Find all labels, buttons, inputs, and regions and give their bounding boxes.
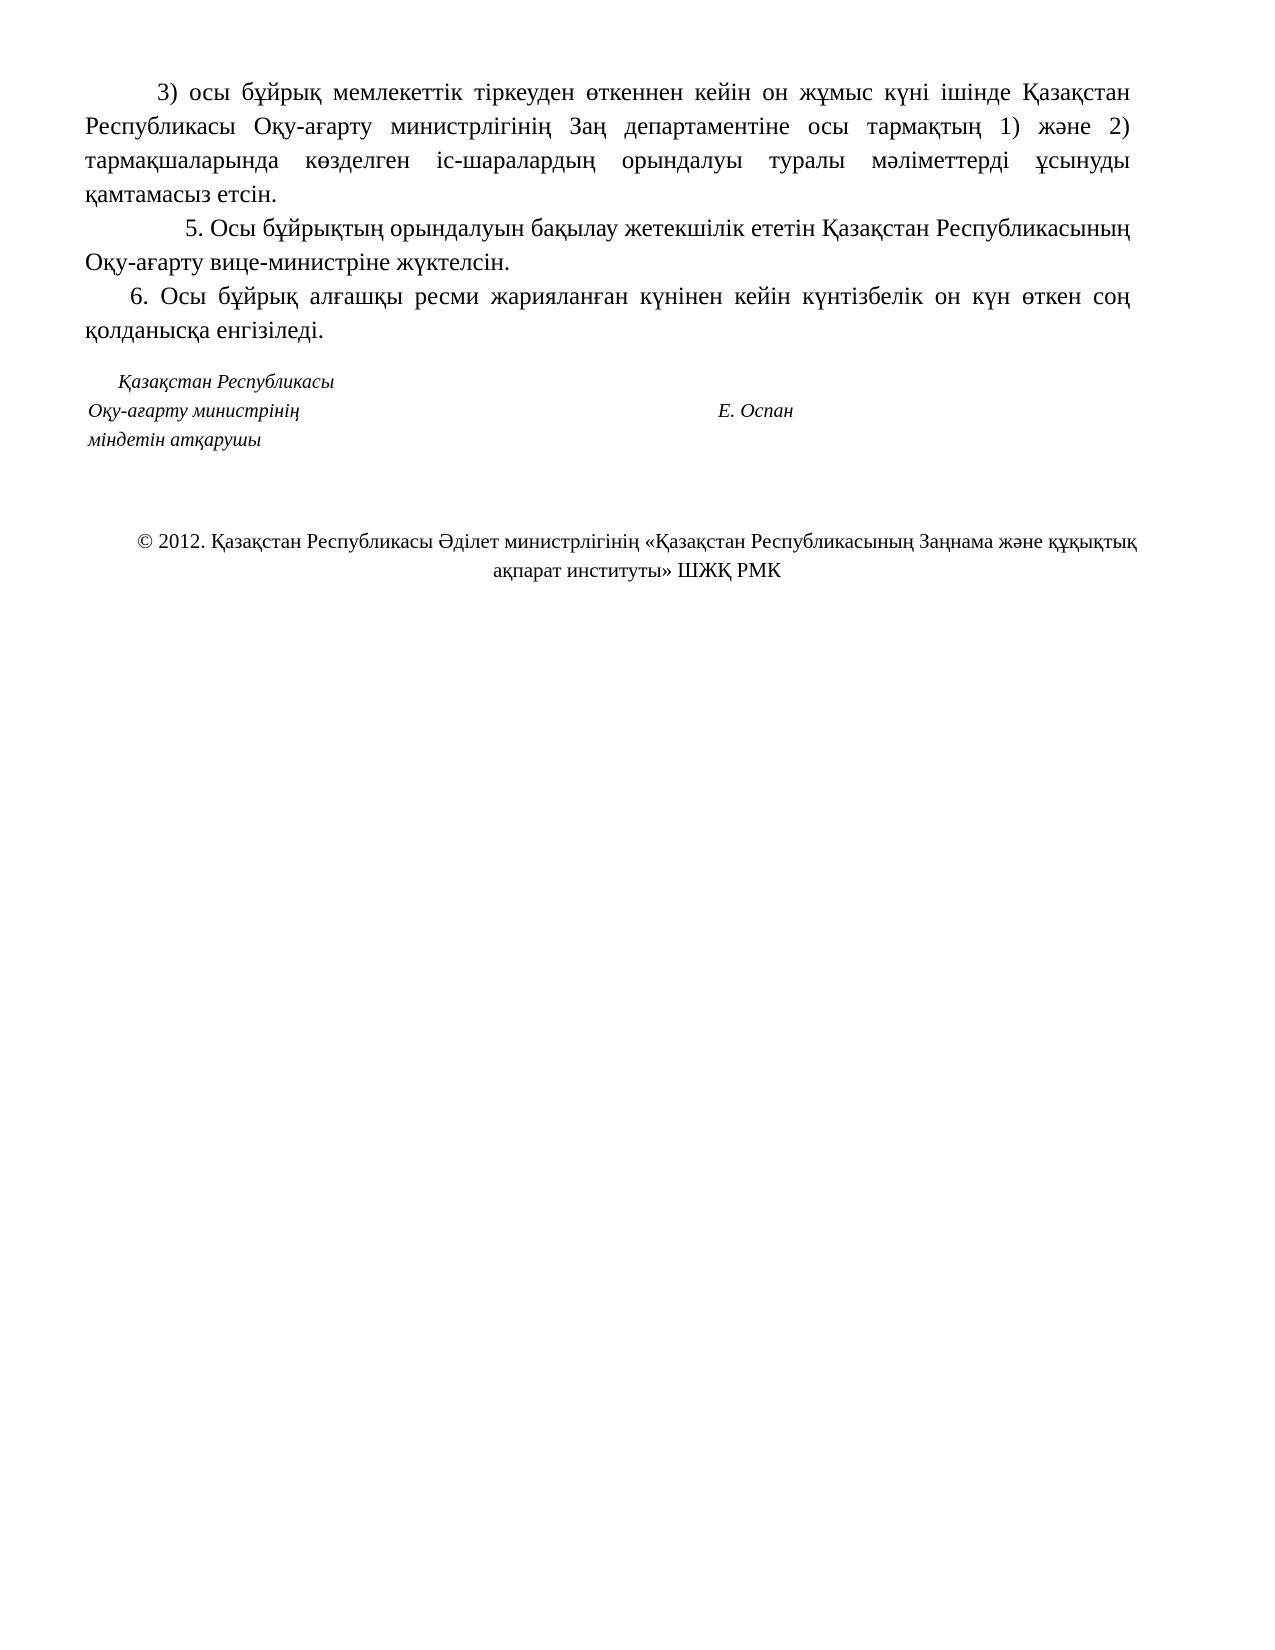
copyright-notice: © 2012. Қазақстан Республикасы Әділет ми… bbox=[107, 527, 1167, 585]
document-page: 3) осы бұйрық мемлекеттік тіркеуден өтке… bbox=[0, 0, 1275, 1650]
signatory-name: Е. Оспан bbox=[718, 397, 793, 426]
paragraph-item-6: 6. Осы бұйрық алғашқы ресми жарияланған … bbox=[85, 280, 1130, 348]
signature-title-line: Оқу-ағарту министрінің Е. Оспан bbox=[88, 397, 1133, 426]
signature-title: Оқу-ағарту министрінің bbox=[88, 400, 300, 422]
paragraph-item-5: 5. Осы бұйрықтың орындалуын бақылау жете… bbox=[85, 212, 1130, 280]
signature-acting-line: міндетін атқарушы bbox=[88, 426, 1133, 455]
paragraph-item-3: 3) осы бұйрық мемлекеттік тіркеуден өтке… bbox=[85, 76, 1130, 212]
signature-block: Қазақстан Республикасы Оқу-ағарту минист… bbox=[88, 368, 1133, 455]
document-body: 3) осы бұйрық мемлекеттік тіркеуден өтке… bbox=[85, 76, 1130, 348]
signature-org-line: Қазақстан Республикасы bbox=[88, 368, 1133, 397]
